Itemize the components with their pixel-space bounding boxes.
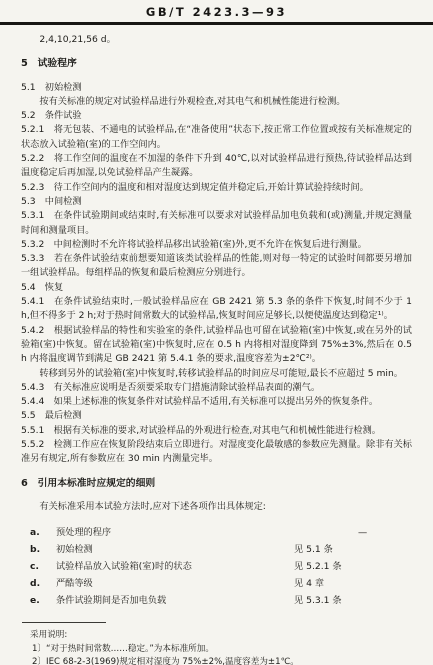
para-5-4-1: 5.4.1 在条件试验结束时,一般试验样品应在 GB 2421 第 5.3 条的… [21, 295, 412, 324]
list-item-label: 条件试验期间是否加电负载 [56, 592, 294, 609]
para-5-3-1: 5.3.1 在条件试验期间或结束时,有关标准可以要求对试验样品加电负载和(或)测… [21, 209, 412, 238]
para-5-4-2: 5.4.2 根据试验样品的特性和实验室的条件,试验样品也可留在试验箱(室)中恢复… [21, 324, 412, 367]
list-item-ref: 见 5.2.1 条 [294, 558, 412, 575]
list-item-label: 严酷等级 [56, 575, 294, 592]
list-item-key: a. [21, 524, 56, 541]
para-5-5-1: 5.5.1 根据有关标准的要求,对试验样品的外观进行检查,对其电气和机械性能进行… [21, 424, 412, 438]
footnote-2: 2〕IEC 68-2-3(1969)规定相对湿度为 75%±2%,温度容差为±1… [21, 656, 412, 665]
section-6-intro: 有关标准采用本试验方法时,应对下述各项作出具体规定: [21, 500, 412, 514]
heading-section-5: 5 试验程序 [21, 57, 412, 71]
footnote-rule [22, 622, 106, 623]
para-5-3-2: 5.3.2 中间检测时不允许将试验样品移出试验箱(室)外,更不允许在恢复后进行测… [21, 238, 412, 252]
list-item-key: c. [21, 558, 56, 575]
list-item-ref: 见 4 章 [294, 575, 412, 592]
document-body: 2,4,10,21,56 d。 5 试验程序 5.1 初始检测 按有关标准的规定… [0, 25, 433, 665]
lead-line: 2,4,10,21,56 d。 [21, 33, 412, 47]
para-5-4-4: 5.4.4 如果上述标准的恢复条件对试验样品不适用,有关标准可以提出另外的恢复条… [21, 395, 412, 409]
footnote-1: 1〕“对于热时间常数……稳定。”为本标准所加。 [21, 643, 412, 657]
para-5-2-2: 5.2.2 将工作空间的温度在不加湿的条件下升到 40℃,以对试验样品进行预热,… [21, 152, 412, 181]
heading-section-6: 6 引用本标准时应规定的细则 [21, 477, 412, 491]
doc-number: GB/T 2423.3—93 [0, 0, 433, 19]
heading-5-4: 5.4 恢复 [21, 281, 412, 295]
list-item: d. 严酷等级 见 4 章 [21, 575, 412, 592]
heading-5-3: 5.3 中间检测 [21, 195, 412, 209]
list-item-ref: 见 5.1 条 [294, 541, 412, 558]
footnote-heading: 采用说明: [21, 629, 412, 643]
list-item: b. 初始检测 见 5.1 条 [21, 541, 412, 558]
para-5-2-3: 5.2.3 待工作空间内的温度和相对湿度达到规定值并稳定后,开始计算试验持续时间… [21, 181, 412, 195]
list-item-label: 初始检测 [56, 541, 294, 558]
footnotes: 采用说明: 1〕“对于热时间常数……稳定。”为本标准所加。 2〕IEC 68-2… [21, 622, 412, 665]
list-item-label: 预处理的程序 [56, 524, 294, 541]
heading-5-5: 5.5 最后检测 [21, 409, 412, 423]
list-item-ref: — [294, 524, 412, 541]
heading-5-2: 5.2 条件试验 [21, 109, 412, 123]
list-item-ref: 见 5.3.1 条 [294, 592, 412, 609]
para-5-3-3: 5.3.3 若在条件试验结束前想要知道该类试验样品的性能,则对每一特定的试验时间… [21, 252, 412, 281]
para-5-1-body: 按有关标准的规定对试验样品进行外观检查,对其电气和机械性能进行检测。 [21, 95, 412, 109]
heading-5-1: 5.1 初始检测 [21, 81, 412, 95]
document-page: GB/T 2423.3—93 2,4,10,21,56 d。 5 试验程序 5.… [0, 0, 433, 665]
para-5-5-2: 5.5.2 检测工作应在恢复阶段结束后立即进行。对湿度变化最敏感的参数应先测量。… [21, 438, 412, 467]
list-item-key: d. [21, 575, 56, 592]
para-5-4-3: 5.4.3 有关标准应说明是否须要采取专门措施清除试验样品表面的潮气。 [21, 381, 412, 395]
list-item: c. 试验样品放入试验箱(室)时的状态 见 5.2.1 条 [21, 558, 412, 575]
list-item-key: b. [21, 541, 56, 558]
spec-list: a. 预处理的程序 — b. 初始检测 见 5.1 条 c. 试验样品放入试验箱… [21, 524, 412, 609]
list-item-label: 试验样品放入试验箱(室)时的状态 [56, 558, 294, 575]
list-item: a. 预处理的程序 — [21, 524, 412, 541]
para-5-2-1: 5.2.1 将无包装、不通电的试验样品,在“准备使用”状态下,按正常工作位置或按… [21, 123, 412, 152]
list-item: e. 条件试验期间是否加电负载 见 5.3.1 条 [21, 592, 412, 609]
list-item-key: e. [21, 592, 56, 609]
para-5-4-2-cont: 转移到另外的试验箱(室)中恢复时,转移试验样品的时间应尽可能短,最长不应超过 5… [21, 367, 412, 381]
